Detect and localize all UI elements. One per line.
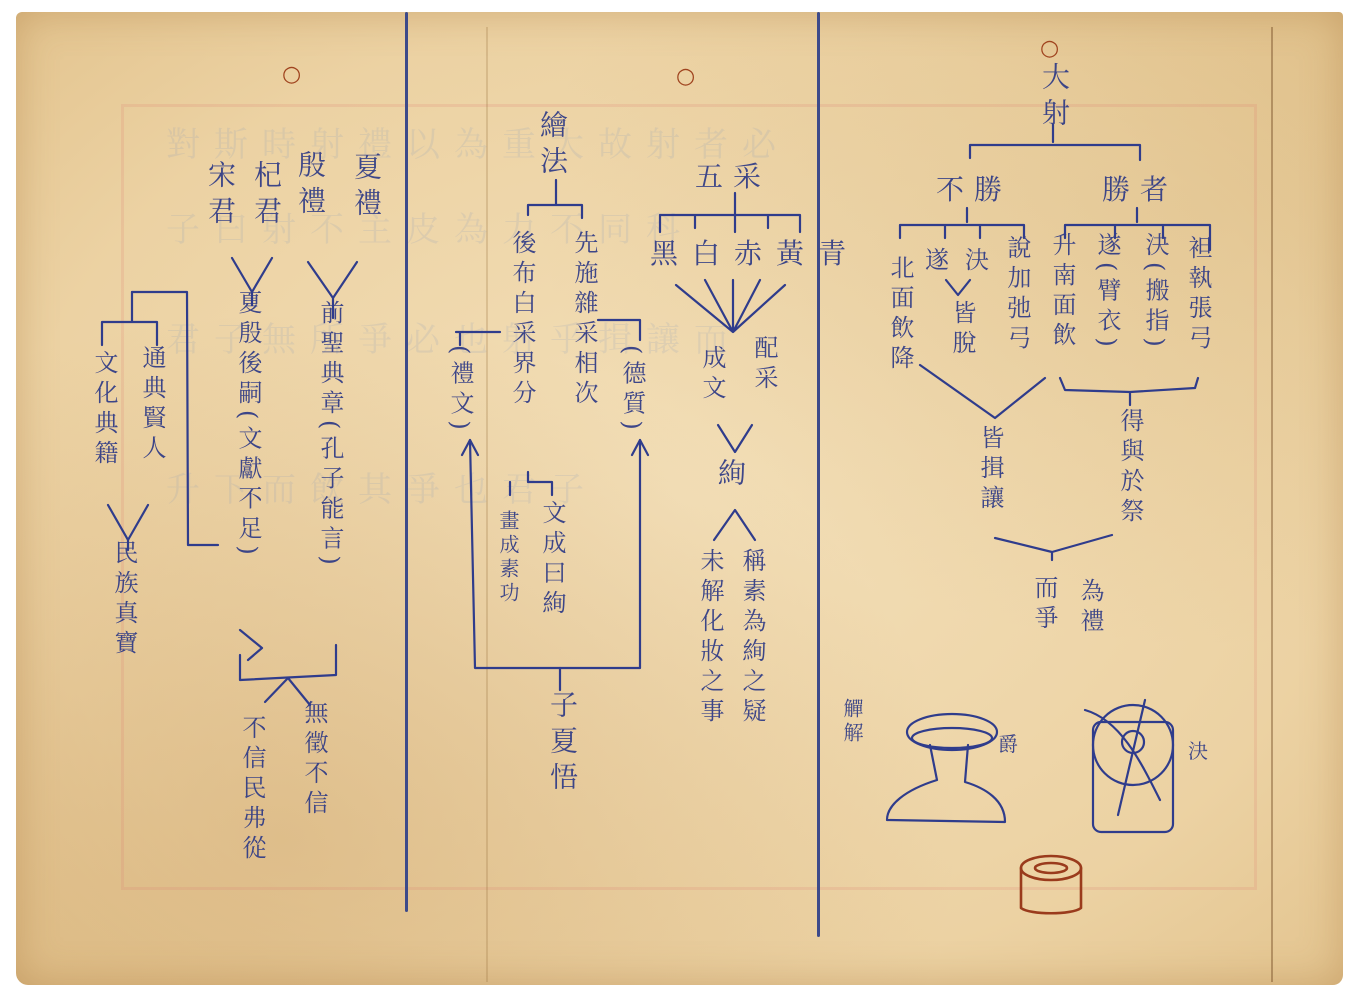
result-xuan: 絢	[716, 458, 744, 494]
label-song-jun: 宋君	[206, 160, 234, 232]
label-match-colors: 配采	[752, 335, 776, 395]
mid-result-join-sacrifice: 得與於祭	[1118, 408, 1142, 528]
label-yin-li: 殷禮	[296, 150, 324, 222]
paper-tear	[1271, 27, 1273, 982]
column-divider-left	[405, 12, 408, 912]
color-yellow: 黃	[776, 237, 818, 270]
conclusion-zixia: 子夏悟	[548, 690, 576, 798]
sub-branch-plain: 畫成素功	[498, 510, 518, 606]
branch-loser: 不勝	[936, 168, 1012, 208]
branch-former-sages: 前聖典章(孔子能言)	[318, 300, 342, 571]
result-national-treasure: 民族真寶	[112, 540, 136, 660]
branch-descendants: 夏殷後嗣(文獻不足)	[236, 290, 260, 561]
bleed-through-line: 子曰射不主皮為力不同科	[166, 202, 694, 251]
circle-mark-left: ○	[282, 62, 301, 87]
sketch-label-cup: 爵	[998, 728, 1022, 757]
winner-item-bow: 袒執張弓	[1186, 235, 1210, 355]
circle-mark-middle: ○	[676, 64, 695, 89]
five-color-list: 黑白赤黃青	[650, 232, 860, 272]
sub-branch-xuan: 文成曰絢	[540, 500, 564, 620]
outcome-not-understood: 未解化妝之事	[698, 548, 722, 728]
sketch-caption: 觶解	[842, 698, 862, 746]
branch-worthy-men: 通典賢人	[140, 345, 164, 465]
label-form-pattern: 成文	[700, 345, 724, 405]
color-red: 赤	[734, 237, 776, 270]
loser-item-jue: 決	[965, 240, 995, 275]
branch-winner: 勝者	[1102, 168, 1178, 208]
bleed-through-line: 升下而飲其爭也君子	[166, 462, 598, 511]
annotation-virtue: (德質)	[620, 345, 644, 436]
loser-item-remove: 皆脫	[950, 300, 974, 360]
color-black: 黑	[650, 237, 692, 270]
branch-cultural-records: 文化典籍	[92, 350, 116, 470]
color-blue: 青	[818, 237, 860, 270]
column-divider-right	[817, 12, 820, 937]
color-white: 白	[692, 237, 734, 270]
circle-mark-right: ○	[1040, 36, 1059, 61]
sketch-label-ring: 決	[1188, 735, 1212, 764]
loser-item-drink-north: 北面飲降	[888, 255, 912, 375]
winner-item-armguard: 遂(臂衣)	[1095, 232, 1119, 353]
result-no-proof: 無徵不信	[302, 700, 326, 820]
label-xia-li: 夏禮	[352, 152, 380, 224]
branch-later-white: 後布白采界分	[510, 230, 534, 410]
final-contend: 而爭	[1032, 575, 1056, 635]
title-painting-method: 繪法	[538, 110, 566, 182]
branch-first-colors: 先施雜采相次	[572, 230, 596, 410]
mid-result-bow-yield: 皆揖讓	[978, 425, 1002, 515]
result-people-not-follow: 不信民弗從	[240, 715, 264, 865]
winner-item-thumb-ring: 決(搬指)	[1143, 232, 1167, 353]
label-qi-jun: 杞君	[252, 160, 280, 232]
loser-item-zhui: 遂	[925, 240, 955, 275]
outcome-doubt: 稱素為絢之疑	[740, 548, 764, 728]
winner-item-drink: 升南面飲	[1050, 232, 1074, 352]
loser-item-unstring: 說加弛弓	[1005, 235, 1029, 355]
title-five-colors: 五采	[695, 155, 771, 195]
title-great-archery: 大射	[1040, 62, 1068, 134]
annotation-ritual: (禮文)	[448, 345, 472, 436]
final-propriety: 為禮	[1078, 578, 1102, 638]
